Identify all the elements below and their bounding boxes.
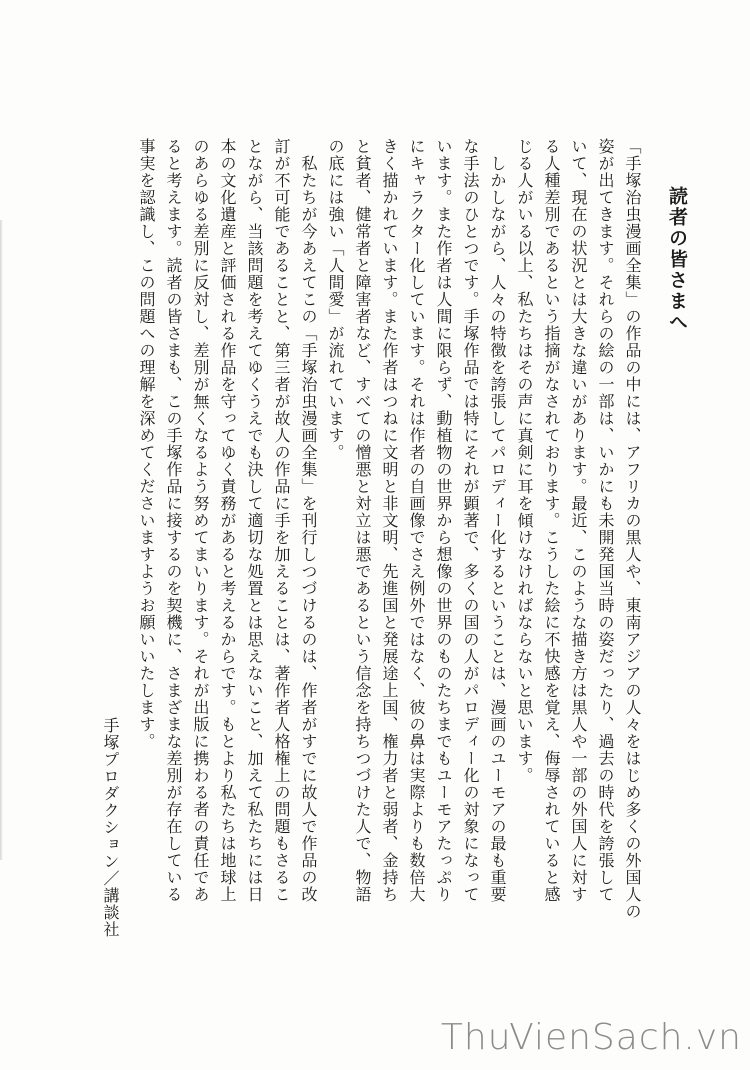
text-line: のあらゆる差別に反対し、差別が無くなるよう努めてまいります。それが出版に携わる者… (187, 138, 214, 950)
text-line: る人種差別であるという指摘がなされております。こうした絵に不快感を覚え、侮辱され… (538, 138, 565, 950)
text-line: 姿が出てきます。それらの絵の一部は、いかにも未開発国当時の姿だったり、過去の時代… (592, 138, 619, 950)
vertical-text-block: 読者の皆さまへ 「手塚治虫漫画全集」の作品の中には、アフリカの黒人や、東南アジア… (97, 138, 694, 950)
text-line: 訂が不可能であることと、第三者が故人の作品に手を加えることは、著作者人格権上の問… (268, 138, 295, 950)
watermark-text: ThuVienSach.vn (441, 1017, 742, 1058)
text-line: の底には強い「人間愛」が流れています。 (322, 138, 349, 950)
text-line: いて、現在の状況とは大きな違いがあります。最近、このような描き方は黒人や一部の外… (565, 138, 592, 950)
text-line: にキャラクター化しています。それは作者の自画像でさえ例外ではなく、彼の鼻は実際よ… (403, 138, 430, 950)
text-line: います。また作者は人間に限らず、動植物の世界から想像の世界のものたちまでもユーモ… (430, 138, 457, 950)
text-line: 本の文化遺産と評価される作品を守ってゆく責務があると考えるからです。もとより私た… (214, 138, 241, 950)
text-line: な手法のひとつです。手塚作品では特にそれが顕著で、多くの国の人がパロディー化の対… (457, 138, 484, 950)
text-line: きく描かれています。また作者はつねに文明と非文明、先進国と発展途上国、権力者と弱… (376, 138, 403, 950)
publisher-signature: 手塚プロダクション／講談社 (97, 138, 124, 950)
text-line: ると考えます。読者の皆さまも、この手塚作品に接するのを契機に、さまざまな差別が存… (160, 138, 187, 950)
scanned-book-page: 読者の皆さまへ 「手塚治虫漫画全集」の作品の中には、アフリカの黒人や、東南アジア… (0, 0, 750, 1070)
text-line: 事実を認識し、この問題への理解を深めてくださいますようお願いいたします。 (133, 138, 160, 950)
text-line: じる人がいる以上、私たちはその声に真剣に耳を傾けなければならないと思います。 (511, 138, 538, 950)
page-title: 読者の皆さまへ (660, 138, 694, 950)
text-line: とながら、当該問題を考えてゆくうえでも決して適切な処置とは思えないこと、加えて私… (241, 138, 268, 950)
text-line: 「手塚治虫漫画全集」の作品の中には、アフリカの黒人や、東南アジアの人々をはじめ多… (619, 138, 646, 950)
text-line: 私たちが今あえてこの「手塚治虫漫画全集」を刊行しつづけるのは、作者がすでに故人で… (295, 138, 322, 950)
scan-edge-shadow (0, 220, 3, 860)
text-line: と貧者、健常者と障害者など、すべての憎悪と対立は悪であるという信念を持ちつづけた… (349, 138, 376, 950)
text-line: しかしながら、人々の特徴を誇張してパロディー化するということは、漫画のユーモアの… (484, 138, 511, 950)
